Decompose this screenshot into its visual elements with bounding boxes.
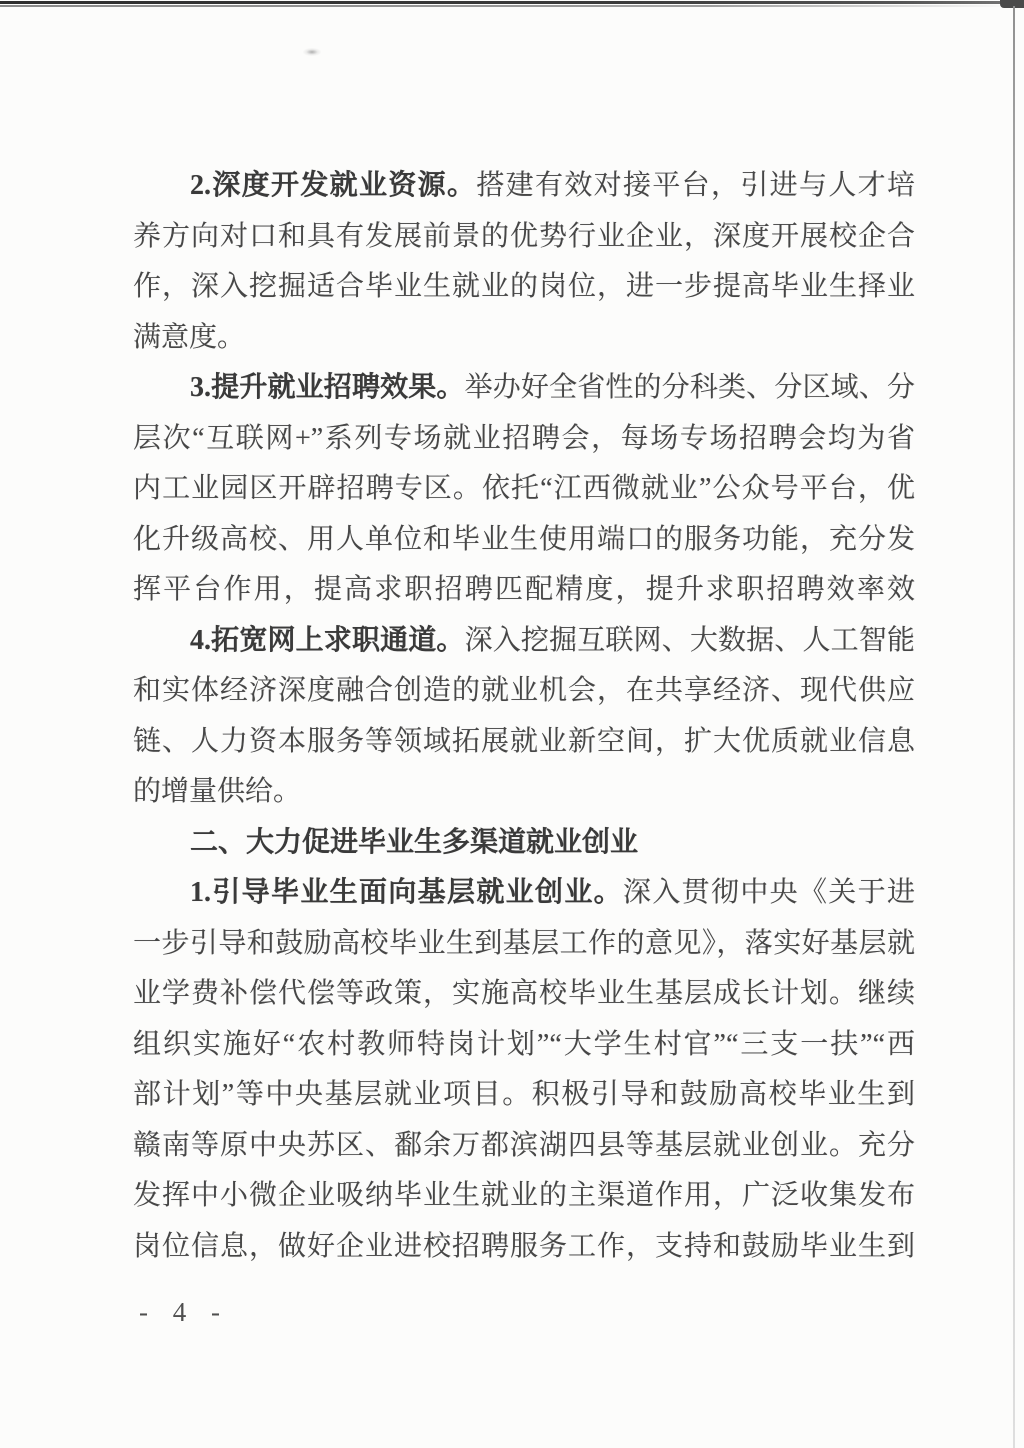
text-line: 2.深度开发就业资源。搭建有效对接平台，引进与人才培 — [133, 161, 915, 212]
line-text: 养方向对口和具有发展前景的优势行业企业，深度开展校企合 — [133, 221, 915, 252]
line-text: 链、人力资本服务等领域拓展就业新空间，扩大优质就业信息 — [133, 726, 915, 757]
text-line: 养方向对口和具有发展前景的优势行业企业，深度开展校企合 — [133, 212, 915, 263]
text-line: 赣南等原中央苏区、鄱余万都滨湖四县等基层就业创业。充分 — [133, 1121, 915, 1172]
document-body: 2.深度开发就业资源。搭建有效对接平台，引进与人才培养方向对口和具有发展前景的优… — [133, 161, 915, 1272]
scan-speck — [303, 48, 321, 56]
paragraph-lead: 4.拓宽网上求职通道。 — [190, 625, 465, 656]
line-text: 举办好全省性的分科类、分区域、分 — [465, 372, 915, 403]
scan-right-edge-artifact — [1013, 6, 1015, 1448]
paragraph-lead: 二、大力促进毕业生多渠道就业创业 — [190, 827, 638, 858]
line-text: 的增量供给。 — [133, 776, 301, 807]
paragraph-lead: 3.提升就业招聘效果。 — [190, 372, 465, 403]
text-line: 3.提升就业招聘效果。举办好全省性的分科类、分区域、分 — [133, 363, 915, 414]
text-line: 一步引导和鼓励高校毕业生到基层工作的意见》，落实好基层就 — [133, 919, 915, 970]
page-number: - 4 - — [139, 1297, 229, 1328]
paragraph-lead: 1.引导毕业生面向基层就业创业。 — [190, 877, 623, 908]
text-line: 满意度。 — [133, 313, 915, 364]
line-text: 一步引导和鼓励高校毕业生到基层工作的意见》，落实好基层就 — [133, 928, 915, 959]
text-line: 业学费补偿代偿等政策，实施高校毕业生基层成长计划。继续 — [133, 969, 915, 1020]
paragraph-lead: 2.深度开发就业资源。 — [190, 170, 476, 201]
line-text: 化升级高校、用人单位和毕业生使用端口的服务功能，充分发 — [133, 524, 915, 555]
line-text: 深入贯彻中央《关于进 — [623, 877, 915, 908]
text-line: 岗位信息，做好企业进校招聘服务工作，支持和鼓励毕业生到 — [133, 1222, 915, 1273]
text-line: 组织实施好“农村教师特岗计划”“大学生村官”“三支一扶”“西 — [133, 1020, 915, 1071]
line-text: 和实体经济深度融合创造的就业机会，在共享经济、现代供应 — [133, 675, 915, 706]
text-line: 发挥中小微企业吸纳毕业生就业的主渠道作用，广泛收集发布 — [133, 1171, 915, 1222]
line-text: 搭建有效对接平台，引进与人才培 — [476, 170, 915, 201]
text-line: 4.拓宽网上求职通道。深入挖掘互联网、大数据、人工智能 — [133, 616, 915, 667]
text-line: 1.引导毕业生面向基层就业创业。深入贯彻中央《关于进 — [133, 868, 915, 919]
line-text: 岗位信息，做好企业进校招聘服务工作，支持和鼓励毕业生到 — [133, 1231, 915, 1262]
text-line: 挥平台作用，提高求职招聘匹配精度，提升求职招聘效率效果。 — [133, 565, 915, 616]
text-line: 和实体经济深度融合创造的就业机会，在共享经济、现代供应 — [133, 666, 915, 717]
text-line: 内工业园区开辟招聘专区。依托“江西微就业”公众号平台，优 — [133, 464, 915, 515]
text-line: 部计划”等中央基层就业项目。积极引导和鼓励高校毕业生到 — [133, 1070, 915, 1121]
line-text: 部计划”等中央基层就业项目。积极引导和鼓励高校毕业生到 — [133, 1079, 915, 1110]
text-line: 二、大力促进毕业生多渠道就业创业 — [133, 818, 915, 869]
line-text: 组织实施好“农村教师特岗计划”“大学生村官”“三支一扶”“西 — [133, 1029, 915, 1060]
line-text: 层次“互联网+”系列专场就业招聘会，每场专场招聘会均为省 — [133, 423, 915, 454]
line-text: 内工业园区开辟招聘专区。依托“江西微就业”公众号平台，优 — [133, 473, 915, 504]
text-line: 的增量供给。 — [133, 767, 915, 818]
text-line: 层次“互联网+”系列专场就业招聘会，每场专场招聘会均为省 — [133, 414, 915, 465]
scan-top-edge-shadow — [0, 5, 1010, 7]
scanned-document-page: 2.深度开发就业资源。搭建有效对接平台，引进与人才培养方向对口和具有发展前景的优… — [0, 0, 1024, 1448]
line-text: 赣南等原中央苏区、鄱余万都滨湖四县等基层就业创业。充分 — [133, 1130, 915, 1161]
line-text: 发挥中小微企业吸纳毕业生就业的主渠道作用，广泛收集发布 — [133, 1180, 915, 1211]
line-text: 满意度。 — [133, 322, 245, 353]
line-text: 业学费补偿代偿等政策，实施高校毕业生基层成长计划。继续 — [133, 978, 915, 1009]
scan-corner-mark — [1000, 0, 1024, 8]
scan-top-edge-artifact — [0, 1, 1024, 4]
text-line: 链、人力资本服务等领域拓展就业新空间，扩大优质就业信息 — [133, 717, 915, 768]
text-line: 化升级高校、用人单位和毕业生使用端口的服务功能，充分发 — [133, 515, 915, 566]
line-text: 作，深入挖掘适合毕业生就业的岗位，进一步提高毕业生择业 — [133, 271, 915, 302]
text-line: 作，深入挖掘适合毕业生就业的岗位，进一步提高毕业生择业 — [133, 262, 915, 313]
line-text: 挥平台作用，提高求职招聘匹配精度，提升求职招聘效率效果。 — [133, 574, 915, 616]
line-text: 深入挖掘互联网、大数据、人工智能 — [465, 625, 915, 656]
